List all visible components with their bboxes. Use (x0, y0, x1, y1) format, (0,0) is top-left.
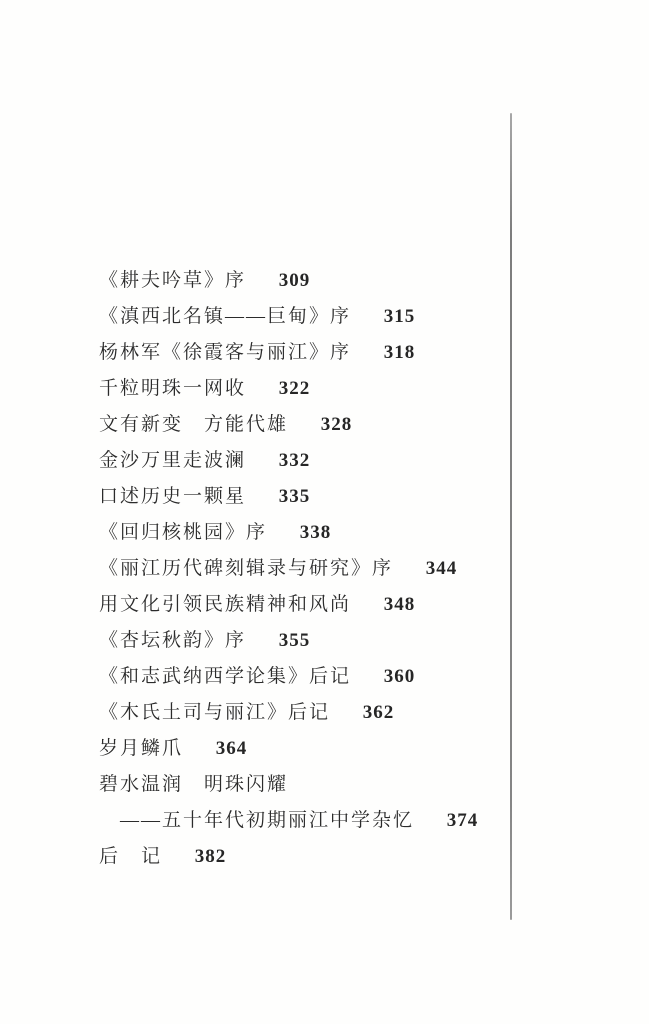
toc-entry-title: 《回归核桃园》序 (99, 515, 267, 551)
toc-entry-page: 322 (279, 371, 311, 407)
table-of-contents: 《耕夫吟草》序 309 《滇西北名镇——巨甸》序 315 杨林军《徐霞客与丽江》… (99, 263, 499, 875)
toc-entry: 《丽江历代碑刻辑录与研究》序 344 (99, 551, 499, 587)
toc-entry-page: 332 (279, 443, 311, 479)
toc-entry: 杨林军《徐霞客与丽江》序 318 (99, 335, 499, 371)
toc-entry-title: 《丽江历代碑刻辑录与研究》序 (99, 551, 393, 587)
toc-entry-title: 口述历史一颗星 (99, 479, 246, 515)
toc-entry: 后 记 382 (99, 839, 499, 875)
toc-entry: 文有新变 方能代雄 328 (99, 407, 499, 443)
toc-entry: 用文化引领民族精神和风尚 348 (99, 587, 499, 623)
toc-entry-page: 338 (300, 515, 332, 551)
page-edge-divider-line (510, 113, 512, 920)
toc-entry-title: 千粒明珠一网收 (99, 371, 246, 407)
toc-entry-title: 《杏坛秋韵》序 (99, 623, 246, 659)
toc-entry-page: 335 (279, 479, 311, 515)
toc-entry: 口述历史一颗星 335 (99, 479, 499, 515)
toc-entry-title: 岁月鳞爪 (99, 731, 183, 767)
toc-entry-page: 355 (279, 623, 311, 659)
toc-entry-title: ——五十年代初期丽江中学杂忆 (120, 803, 414, 839)
toc-entry: 碧水温润 明珠闪耀 (99, 767, 499, 803)
toc-entry: 《木氏土司与丽江》后记 362 (99, 695, 499, 731)
toc-entry-title: 碧水温润 明珠闪耀 (99, 767, 288, 803)
toc-entry-subtitle: ——五十年代初期丽江中学杂忆 374 (99, 803, 499, 839)
toc-entry: 《和志武纳西学论集》后记 360 (99, 659, 499, 695)
toc-entry-title: 用文化引领民族精神和风尚 (99, 587, 351, 623)
toc-entry-title: 杨林军《徐霞客与丽江》序 (99, 335, 351, 371)
toc-entry-page: 318 (384, 335, 416, 371)
toc-entry-title: 后 记 (99, 839, 162, 875)
toc-entry-page: 382 (195, 839, 227, 875)
toc-entry-page: 315 (384, 299, 416, 335)
toc-entry: 千粒明珠一网收 322 (99, 371, 499, 407)
toc-entry: 《杏坛秋韵》序 355 (99, 623, 499, 659)
toc-entry-title: 《和志武纳西学论集》后记 (99, 659, 351, 695)
toc-entry: 《耕夫吟草》序 309 (99, 263, 499, 299)
toc-entry-page: 344 (426, 551, 458, 587)
toc-entry-page: 360 (384, 659, 416, 695)
toc-entry-page: 362 (363, 695, 395, 731)
toc-entry: 《回归核桃园》序 338 (99, 515, 499, 551)
toc-entry: 金沙万里走波澜 332 (99, 443, 499, 479)
toc-entry-page: 374 (447, 803, 479, 839)
toc-entry-title: 《耕夫吟草》序 (99, 263, 246, 299)
toc-entry-title: 文有新变 方能代雄 (99, 407, 288, 443)
toc-entry: 岁月鳞爪 364 (99, 731, 499, 767)
toc-entry-title: 《木氏土司与丽江》后记 (99, 695, 330, 731)
toc-entry-title: 金沙万里走波澜 (99, 443, 246, 479)
toc-entry-page: 309 (279, 263, 311, 299)
toc-entry: 《滇西北名镇——巨甸》序 315 (99, 299, 499, 335)
toc-entry-page: 364 (216, 731, 248, 767)
toc-entry-page: 328 (321, 407, 353, 443)
toc-entry-page: 348 (384, 587, 416, 623)
toc-entry-title: 《滇西北名镇——巨甸》序 (99, 299, 351, 335)
scanned-book-page: 《耕夫吟草》序 309 《滇西北名镇——巨甸》序 315 杨林军《徐霞客与丽江》… (0, 0, 649, 1024)
